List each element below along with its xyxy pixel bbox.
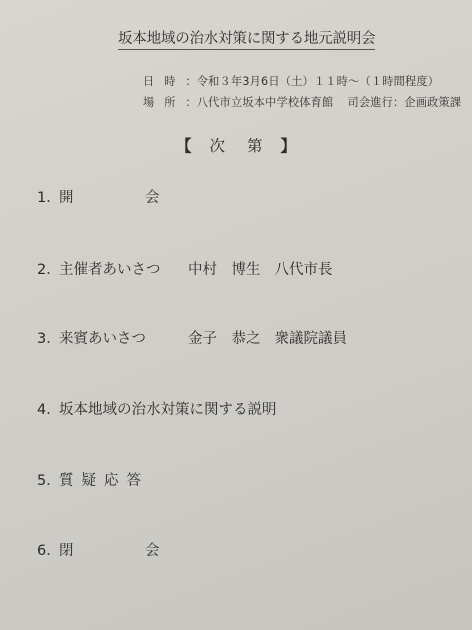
agenda-label-part-a: 開: [59, 189, 145, 207]
agenda-item-opening: 1．開会: [37, 189, 160, 207]
speaker: 中村 博生八代市長: [188, 261, 347, 279]
agenda-item-explanation: 4．坂本地域の治水対策に関する説明: [37, 401, 277, 419]
agenda-label: 来賓あいさつ: [59, 330, 146, 348]
agenda-number: 6．: [37, 542, 59, 560]
section-header: 【次第】: [0, 134, 472, 156]
speaker: 金子 恭之衆議院議員: [188, 330, 361, 348]
agenda-label: 坂本地域の治水対策に関する説明: [59, 401, 277, 419]
speaker-title: 衆議院議員: [275, 331, 348, 347]
document-page: 坂本地域の治水対策に関する地元説明会 日時：令和３年3月6日（土）１１時～（１時…: [0, 0, 472, 630]
agenda-label-part-b: 会: [145, 190, 160, 206]
speaker-title: 八代市長: [275, 262, 333, 278]
agenda-number: 4．: [37, 401, 59, 419]
place-value: ：八代市立坂本中学校体育館: [185, 96, 333, 109]
date-value: ：令和３年3月6日（土）１１時～（１時間程度）: [185, 75, 439, 88]
agenda-label: 質疑応答: [59, 472, 149, 490]
speaker-name: 中村 博生: [188, 262, 261, 278]
place-label: 場所: [143, 96, 185, 110]
agenda-item-host-greeting: 2．主催者あいさつ 中村 博生八代市長: [37, 261, 161, 279]
agenda-item-closing: 6．閉会: [37, 542, 160, 560]
date-label: 日時: [143, 75, 185, 89]
moderator-text: 司会進行：企画政策課: [347, 96, 461, 109]
agenda-label: 主催者あいさつ: [59, 261, 161, 279]
agenda-item-qa: 5．質疑応答: [37, 472, 149, 490]
agenda-number: 3．: [37, 330, 59, 348]
info-date-line: 日時：令和３年3月6日（土）１１時～（１時間程度）: [143, 75, 439, 89]
agenda-label-part-a: 閉: [59, 542, 145, 560]
speaker-name: 金子 恭之: [188, 331, 261, 347]
section-header-word: 次第: [209, 137, 284, 155]
info-place-line: 場所：八代市立坂本中学校体育館司会進行：企画政策課: [143, 96, 461, 110]
open-bracket: 【: [176, 137, 192, 155]
agenda-label-part-b: 会: [145, 543, 160, 559]
agenda-item-guest-greeting: 3．来賓あいさつ 金子 恭之衆議院議員: [37, 330, 146, 348]
agenda-number: 2．: [37, 261, 59, 279]
agenda-number: 5．: [37, 472, 59, 490]
close-bracket: 】: [281, 137, 297, 155]
agenda-number: 1．: [37, 189, 59, 207]
document-title: 坂本地域の治水対策に関する地元説明会: [118, 31, 375, 50]
